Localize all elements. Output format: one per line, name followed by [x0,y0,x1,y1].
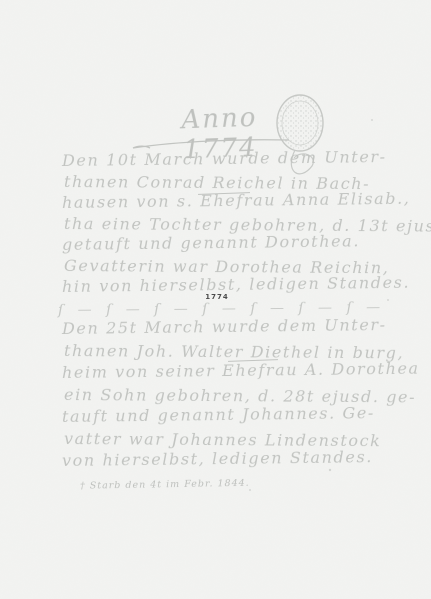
entry2-line: von hierselbst, ledigen Standes. [62,446,384,472]
entry2-line: heim von seiner Ehefrau A. Dorothea [62,358,384,384]
manuscript-page: Anno 1774 Den 10t March wurde dem Unter-… [0,0,431,599]
entry2-line: tauft und genannt Johannes. Ge- [62,402,384,428]
printed-year-marker: 1774 [203,293,231,301]
register-entry-2: Den 25t March wurde dem Unter- thanen Jo… [62,318,384,472]
entry2-line: Den 25t March wurde dem Unter- [62,314,384,340]
entry1-line: hausen von s. Ehefrau Anna Elisab., [62,188,384,213]
entry1-line: Den 10t March wurde dem Unter- [62,146,384,171]
death-footnote: † Starb den 4t im Febr. 1844. [80,477,280,491]
register-entry-1: Den 10t March wurde dem Unter- thanen Co… [62,150,384,297]
entry1-line: getauft und genannt Dorothea. [62,230,384,255]
